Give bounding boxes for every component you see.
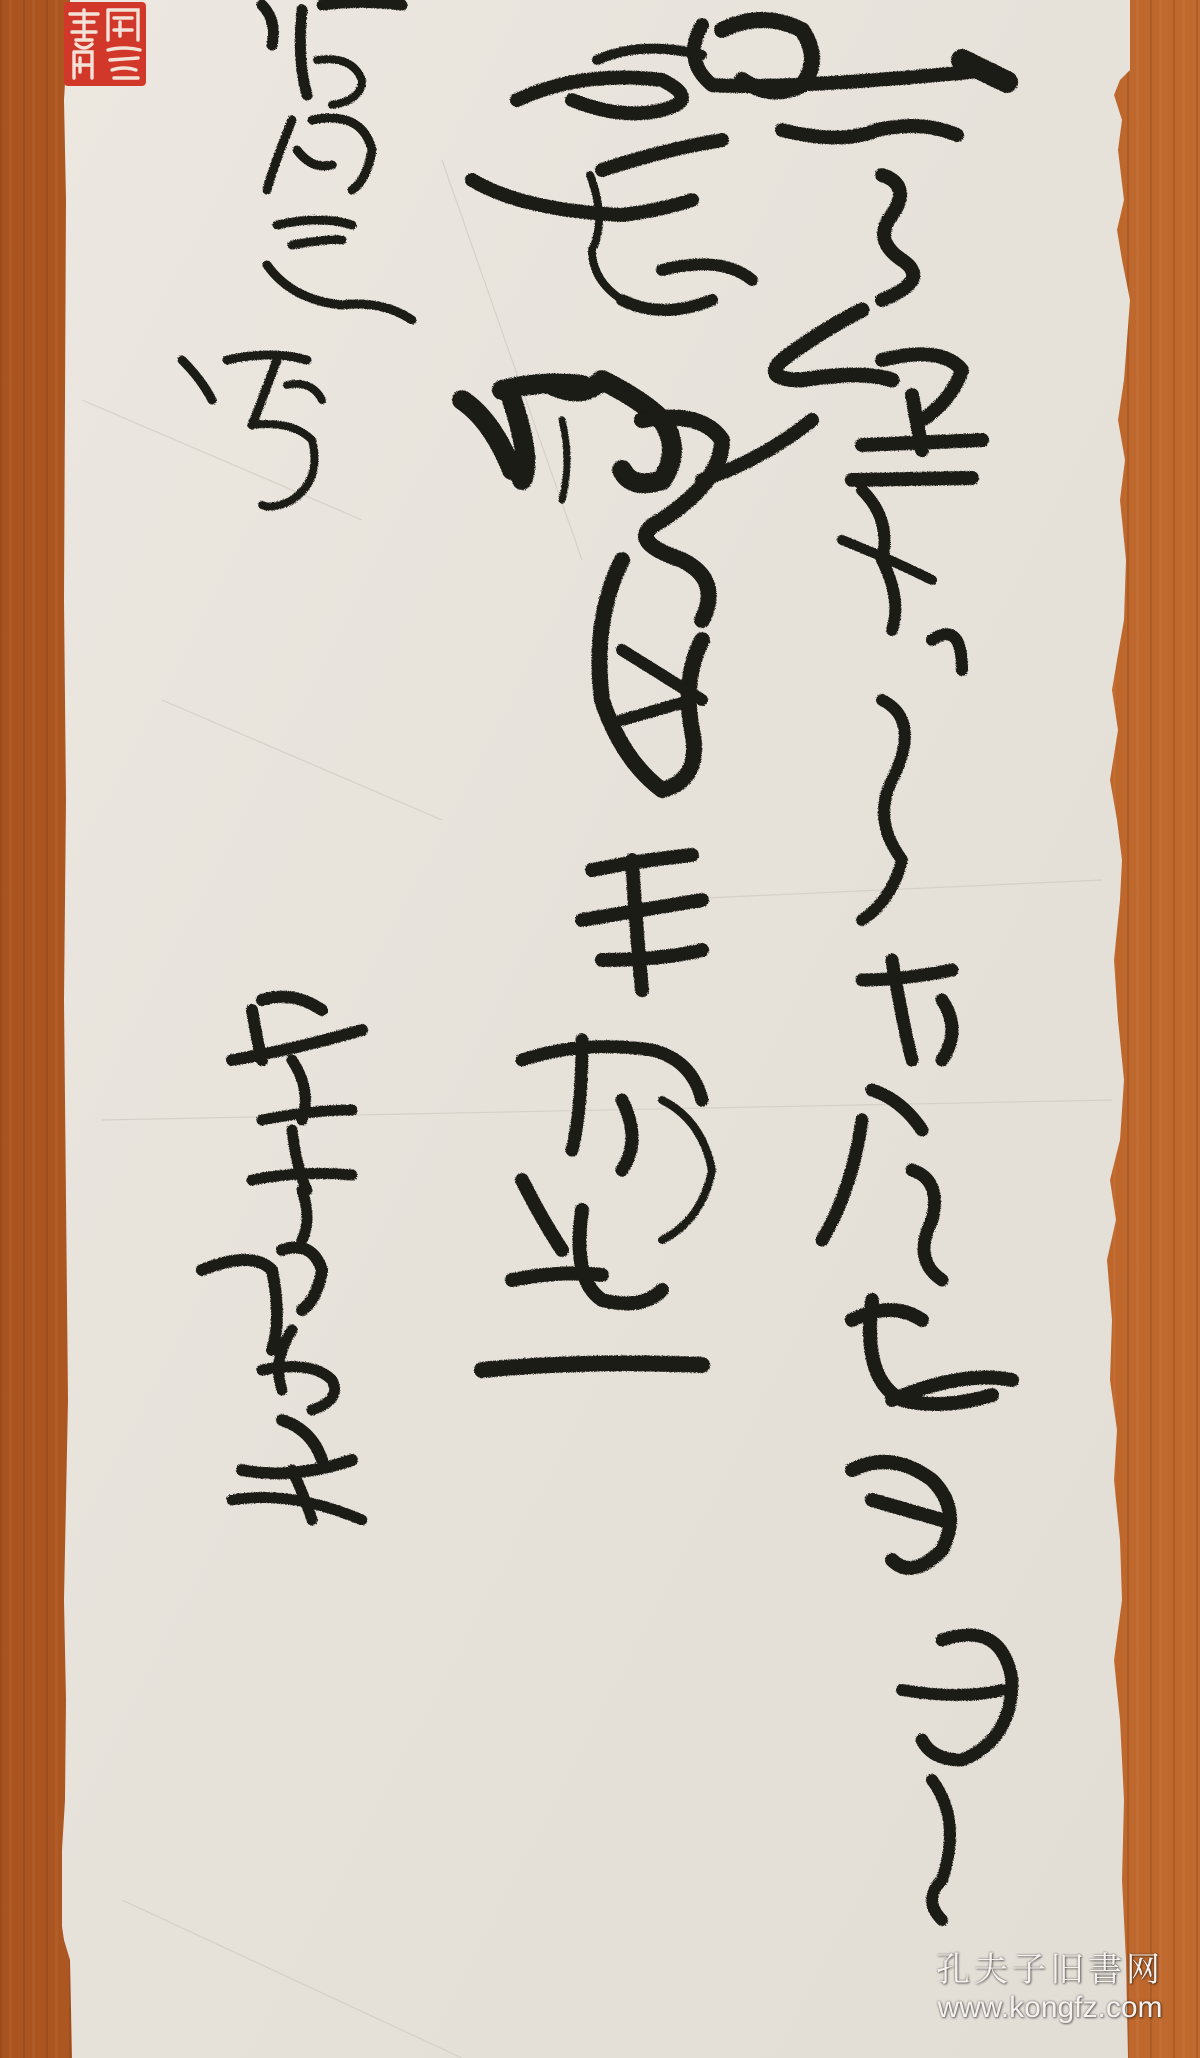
watermark-url: www.kongfz.com: [905, 1990, 1195, 2026]
paper-and-ink: [62, 0, 1130, 2058]
calligraphy-paper: [62, 0, 1130, 2058]
watermark-chinese: 孔夫子旧書网: [905, 1950, 1195, 1990]
site-watermark: 孔夫子旧書网 www.kongfz.com: [905, 1950, 1195, 2026]
red-seal: [62, 0, 148, 88]
